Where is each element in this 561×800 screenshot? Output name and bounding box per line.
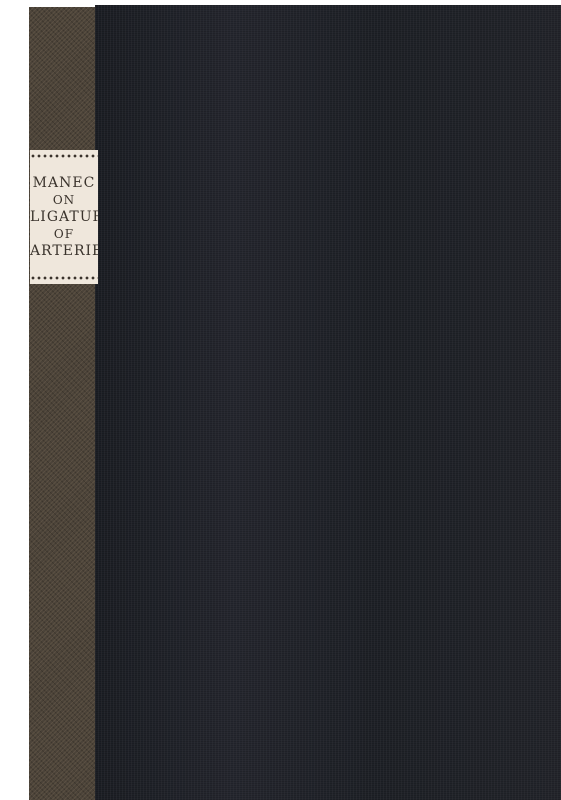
front-board xyxy=(95,5,561,800)
label-of: OF xyxy=(30,227,98,241)
book: MANEC ON LIGATURE OF ARTERIES xyxy=(29,5,561,800)
label-on: ON xyxy=(30,193,98,207)
spine-label: MANEC ON LIGATURE OF ARTERIES xyxy=(30,150,98,284)
label-ligature: LIGATURE xyxy=(30,209,98,225)
label-arteries: ARTERIES xyxy=(30,243,98,259)
label-author: MANEC xyxy=(30,175,98,191)
book-spine xyxy=(29,7,97,800)
